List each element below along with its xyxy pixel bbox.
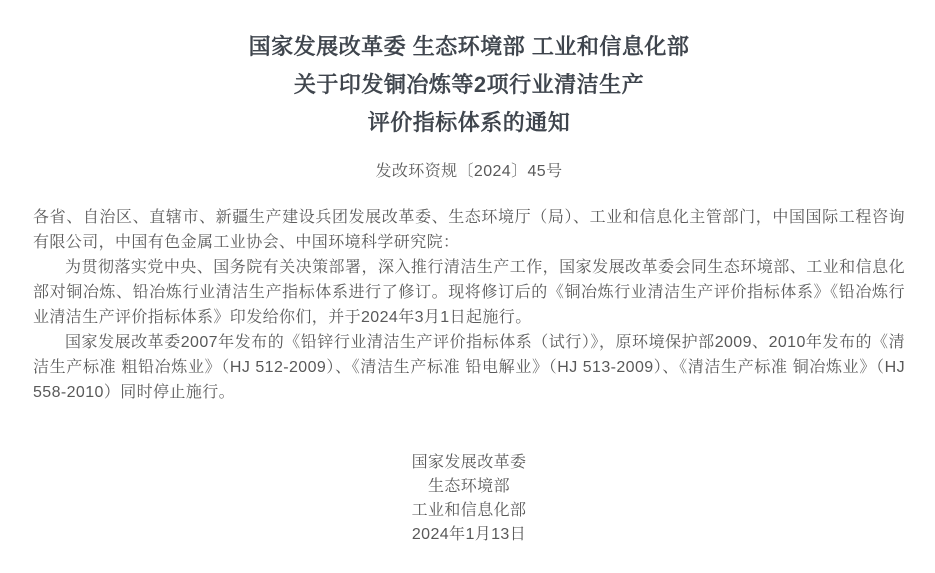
document-body: 各省、自治区、直辖市、新疆生产建设兵团发展改革委、生态环境厅（局）、工业和信息化… — [33, 205, 905, 405]
notice-document: 国家发展改革委 生态环境部 工业和信息化部 关于印发铜冶炼等2项行业清洁生产 评… — [0, 0, 935, 573]
signature-block: 国家发展改革委 生态环境部 工业和信息化部 2024年1月13日 — [33, 451, 905, 547]
document-title: 国家发展改革委 生态环境部 工业和信息化部 关于印发铜冶炼等2项行业清洁生产 评… — [33, 28, 905, 142]
title-line-2: 关于印发铜冶炼等2项行业清洁生产 — [33, 66, 905, 104]
signature-date: 2024年1月13日 — [33, 523, 905, 547]
body-paragraph-1: 为贯彻落实党中央、国务院有关决策部署，深入推行清洁生产工作，国家发展改革委会同生… — [33, 255, 905, 330]
issuer-2: 生态环境部 — [33, 475, 905, 499]
document-number: 发改环资规〔2024〕45号 — [33, 162, 905, 182]
title-line-3: 评价指标体系的通知 — [33, 104, 905, 142]
issuer-3: 工业和信息化部 — [33, 499, 905, 523]
recipients-paragraph: 各省、自治区、直辖市、新疆生产建设兵团发展改革委、生态环境厅（局）、工业和信息化… — [33, 205, 905, 255]
issuer-1: 国家发展改革委 — [33, 451, 905, 475]
body-paragraph-2: 国家发展改革委2007年发布的《铅锌行业清洁生产评价指标体系（试行）》，原环境保… — [33, 330, 905, 405]
title-line-1: 国家发展改革委 生态环境部 工业和信息化部 — [33, 28, 905, 66]
